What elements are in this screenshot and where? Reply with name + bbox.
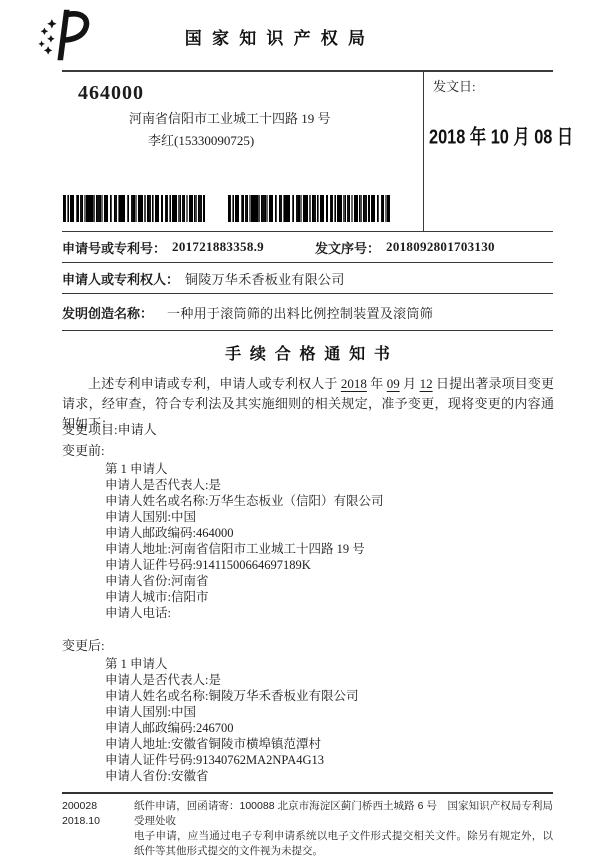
detail-line: 申请人省份:河南省 bbox=[105, 573, 553, 589]
detail-line: 申请人地址:河南省信阳市工业城工十四路 19 号 bbox=[105, 541, 553, 557]
detail-line: 申请人证件号码:91411500664697189K bbox=[105, 557, 553, 573]
detail-line: 申请人城市:信阳市 bbox=[105, 589, 553, 605]
applicant-label: 申请人或专利权人： bbox=[62, 269, 179, 288]
applicant-value: 铜陵万华禾香板业有限公司 bbox=[185, 269, 345, 288]
barcode-icon bbox=[228, 195, 390, 222]
change-item: 变更项目:申请人 bbox=[62, 419, 553, 440]
change-request-year: 2018 bbox=[341, 376, 367, 391]
change-after-label: 变更后: bbox=[62, 635, 553, 656]
detail-line: 申请人国别:中国 bbox=[105, 704, 553, 720]
spacer bbox=[62, 621, 553, 635]
dispatch-box-divider bbox=[423, 70, 424, 231]
serial-number-pair: 发文序号： 2018092801703130 bbox=[315, 238, 495, 257]
patent-notice-document: 国家知识产权局 464000 河南省信阳市工业城工十四路 19 号 李红(153… bbox=[0, 0, 600, 862]
barcode-icon bbox=[63, 195, 205, 222]
recipient-address: 河南省信阳市工业城工十四路 19 号 bbox=[129, 108, 331, 127]
serial-number-value: 2018092801703130 bbox=[386, 239, 495, 255]
change-request-month: 09 bbox=[387, 376, 400, 391]
application-number-row: 申请号或专利号： 201721883358.9 发文序号： 2018092801… bbox=[62, 231, 553, 263]
applicant-row: 申请人或专利权人： 铜陵万华禾香板业有限公司 bbox=[62, 263, 553, 294]
document-meta: 申请号或专利号： 201721883358.9 发文序号： 2018092801… bbox=[62, 231, 553, 331]
detail-line: 申请人姓名或名称:万华生态板业（信阳）有限公司 bbox=[105, 493, 553, 509]
paragraph-text: 年 bbox=[367, 376, 387, 391]
invention-row: 发明创造名称： 一种用于滚筒筛的出料比例控制装置及滚筒筛 bbox=[62, 294, 553, 331]
footer-paper-instruction: 纸件申请，回函请寄：100088 北京市海淀区蓟门桥西土城路 6 号 国家知识产… bbox=[134, 799, 553, 829]
detail-line: 申请人证件号码:91340762MA2NPA4G13 bbox=[105, 752, 553, 768]
change-after-details: 第 1 申请人申请人是否代表人:是申请人姓名或名称:铜陵万华禾香板业有限公司申请… bbox=[105, 656, 553, 784]
change-before-label: 变更前: bbox=[62, 440, 553, 461]
footer-form-codes: 200028 2018.10 bbox=[62, 799, 134, 859]
detail-line: 申请人电话: bbox=[105, 605, 553, 621]
footer-efiling-instruction: 电子申请，应当通过电子专利申请系统以电子文件形式提交相关文件。除另有规定外，以纸… bbox=[134, 829, 553, 859]
change-request-day: 12 bbox=[420, 376, 433, 391]
detail-line: 第 1 申请人 bbox=[105, 656, 553, 672]
detail-line: 申请人是否代表人:是 bbox=[105, 672, 553, 688]
invention-value: 一种用于滚筒筛的出料比例控制装置及滚筒筛 bbox=[167, 303, 433, 322]
footer-form-code: 200028 bbox=[62, 799, 134, 814]
org-title: 国家知识产权局 bbox=[0, 24, 560, 49]
application-number-value: 201721883358.9 bbox=[172, 239, 264, 255]
detail-line: 申请人邮政编码:464000 bbox=[105, 525, 553, 541]
change-section: 变更项目:申请人 变更前: 第 1 申请人申请人是否代表人:是申请人姓名或名称:… bbox=[62, 419, 553, 784]
dispatch-date-label: 发文日: bbox=[433, 76, 476, 95]
change-before-details: 第 1 申请人申请人是否代表人:是申请人姓名或名称:万华生态板业（信阳）有限公司… bbox=[105, 461, 553, 621]
dispatch-date-value: 2018 年 10 月 08 日 bbox=[429, 120, 573, 150]
footer-form-date: 2018.10 bbox=[62, 814, 134, 829]
invention-label: 发明创造名称： bbox=[62, 303, 153, 322]
detail-line: 申请人是否代表人:是 bbox=[105, 477, 553, 493]
serial-number-label: 发文序号： bbox=[315, 238, 380, 257]
detail-line: 申请人省份:安徽省 bbox=[105, 768, 553, 784]
footer-instructions: 纸件申请，回函请寄：100088 北京市海淀区蓟门桥西土城路 6 号 国家知识产… bbox=[134, 799, 553, 859]
document-footer: 200028 2018.10 纸件申请，回函请寄：100088 北京市海淀区蓟门… bbox=[62, 792, 553, 859]
detail-line: 申请人国别:中国 bbox=[105, 509, 553, 525]
paragraph-text: 月 bbox=[400, 376, 420, 391]
header-divider bbox=[62, 70, 553, 72]
detail-line: 申请人地址:安徽省铜陵市横埠镇范潭村 bbox=[105, 736, 553, 752]
detail-line: 申请人邮政编码:246700 bbox=[105, 720, 553, 736]
recipient-postcode: 464000 bbox=[78, 82, 144, 105]
application-number-label: 申请号或专利号： bbox=[62, 238, 166, 257]
detail-line: 第 1 申请人 bbox=[105, 461, 553, 477]
notice-title: 手续合格通知书 bbox=[62, 341, 553, 364]
recipient-contact: 李红(15330090725) bbox=[148, 130, 254, 149]
paragraph-text: 上述专利申请或专利，申请人或专利权人于 bbox=[88, 376, 341, 391]
detail-line: 申请人姓名或名称:铜陵万华禾香板业有限公司 bbox=[105, 688, 553, 704]
